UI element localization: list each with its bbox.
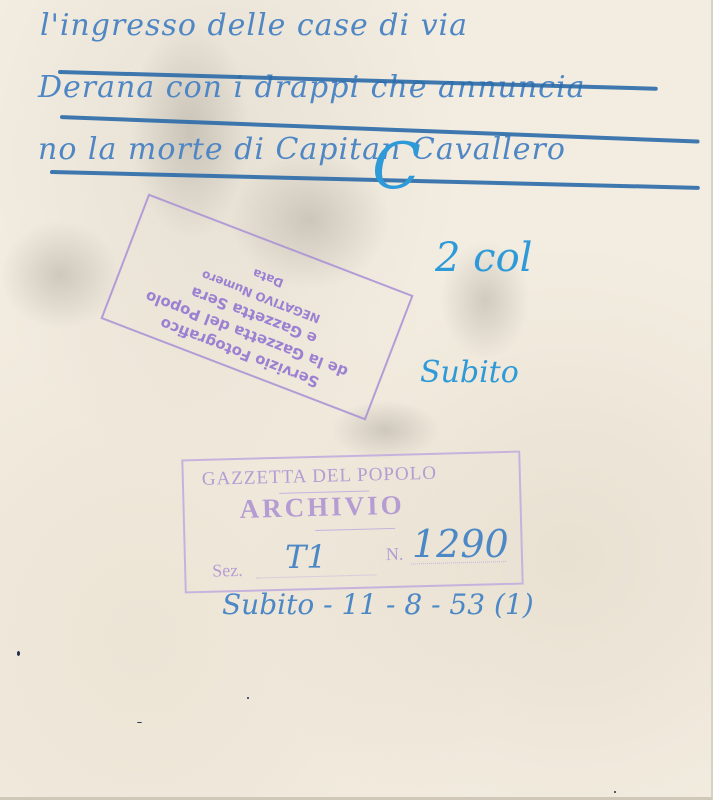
caption-line-1: l'ingresso delle case di via bbox=[40, 8, 468, 43]
caption-line-3: no la morte di Capitan Cavallero bbox=[38, 132, 566, 167]
archive-stamp-title: ARCHIVIO bbox=[239, 490, 405, 525]
archive-stamp-header: GAZZETTA DEL POPOLO bbox=[202, 463, 438, 491]
number-value: 1290 bbox=[412, 522, 509, 566]
ink-speck bbox=[614, 791, 616, 793]
handwritten-date: Subito - 11 - 8 - 53 (1) bbox=[222, 588, 534, 621]
divider bbox=[315, 528, 395, 531]
subito-annotation: Subito bbox=[420, 355, 519, 390]
ink-speck bbox=[17, 651, 20, 656]
ink-speck bbox=[137, 722, 142, 723]
number-label: N. bbox=[386, 544, 404, 565]
section-value: T1 bbox=[285, 538, 327, 576]
columns-annotation: 2 col bbox=[435, 235, 532, 281]
section-label: Sez. bbox=[212, 560, 243, 582]
ink-speck bbox=[247, 697, 249, 699]
initials-annotation: C bbox=[372, 130, 421, 204]
